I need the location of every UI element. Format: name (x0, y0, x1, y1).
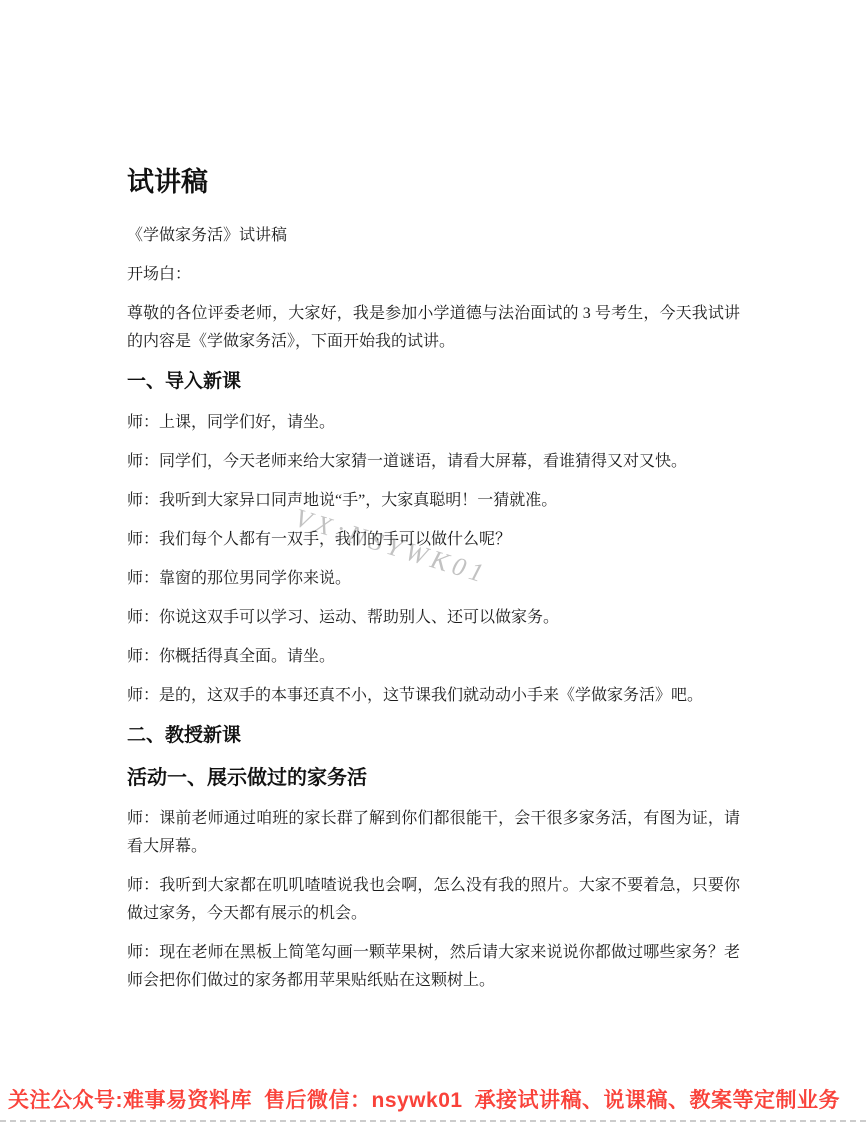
paragraph-teacher-line: 师：是的，这双手的本事还真不小，这节课我们就动动小手来《学做家务活》吧。 (127, 682, 740, 710)
paragraph-subtitle: 《学做家务活》试讲稿 (127, 222, 740, 250)
paragraph-opening-label: 开场白： (127, 261, 740, 289)
paragraph-teacher-line: 师：我听到大家都在叽叽喳喳说我也会啊，怎么没有我的照片。大家不要着急，只要你做过… (127, 872, 740, 928)
paragraph-teacher-line: 师：现在老师在黑板上简笔勾画一颗苹果树，然后请大家来说说你都做过哪些家务？老师会… (127, 939, 740, 995)
promo-wechat-contact: 售后微信：nsywk01 (264, 1089, 463, 1112)
promo-public-account: 关注公众号:难事易资料库 (8, 1089, 252, 1112)
section-heading-new-lesson: 二、教授新课 (127, 721, 740, 751)
paragraph-teacher-line: 师：你概括得真全面。请坐。 (127, 643, 740, 671)
activity-heading: 活动一、展示做过的家务活 (127, 763, 740, 793)
document-title: 试讲稿 (127, 166, 740, 198)
paragraph-opening: 尊敬的各位评委老师，大家好，我是参加小学道德与法治面试的 3 号考生，今天我试讲… (127, 300, 740, 356)
document-page: VX:NSYWK01 试讲稿 《学做家务活》试讲稿 开场白： 尊敬的各位评委老师… (0, 0, 866, 1122)
section-heading-lead-in: 一、导入新课 (127, 367, 740, 397)
paragraph-teacher-line: 师：你说这双手可以学习、运动、帮助别人、还可以做家务。 (127, 604, 740, 632)
paragraph-teacher-line: 师：同学们，今天老师来给大家猜一道谜语，请看大屏幕，看谁猜得又对又快。 (127, 448, 740, 476)
paragraph-teacher-line: 师：上课，同学们好，请坐。 (127, 409, 740, 437)
paragraph-teacher-line: 师：我们每个人都有一双手，我们的手可以做什么呢？ (127, 526, 740, 554)
promo-banner: 关注公众号:难事易资料库售后微信：nsywk01承接试讲稿、说课稿、教案等定制业… (0, 1088, 866, 1114)
paragraph-teacher-line: 师：课前老师通过咱班的家长群了解到你们都很能干，会干很多家务活，有图为证，请看大… (127, 805, 740, 861)
promo-services: 承接试讲稿、说课稿、教案等定制业务 (475, 1089, 841, 1112)
document-content: 试讲稿 《学做家务活》试讲稿 开场白： 尊敬的各位评委老师，大家好，我是参加小学… (0, 0, 866, 995)
paragraph-teacher-line: 师：靠窗的那位男同学你来说。 (127, 565, 740, 593)
paragraph-teacher-line: 师：我听到大家异口同声地说“手”，大家真聪明！一猜就准。 (127, 487, 740, 515)
